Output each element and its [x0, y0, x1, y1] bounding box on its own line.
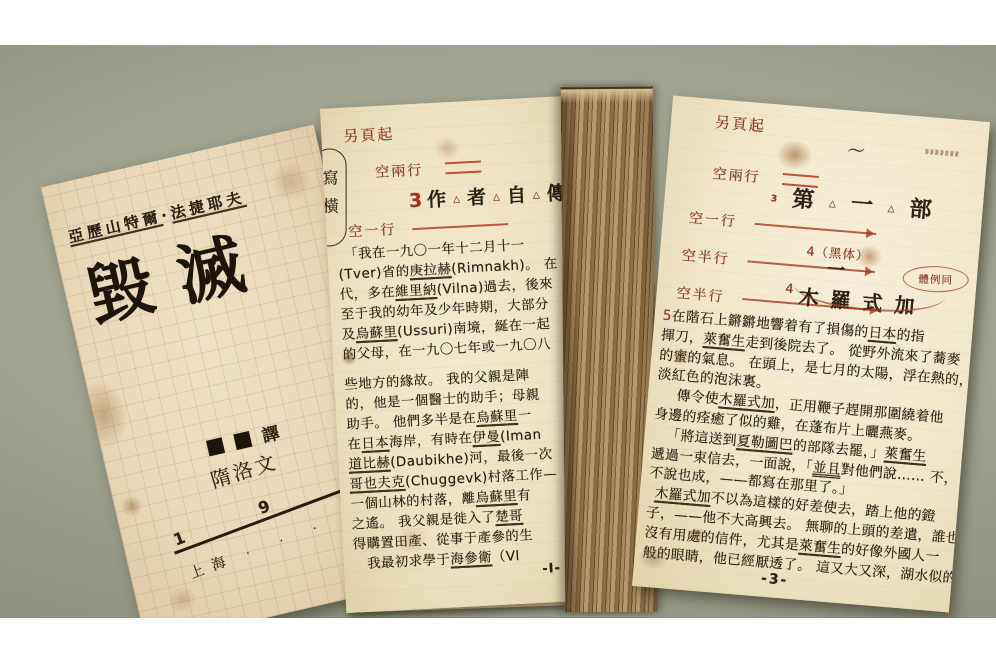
photograph-of-manuscripts: 亞歷山特爾·法捷耶夫 毀滅 譯 隋洛文 1 9 3 上海 · · · · 另頁起… — [0, 45, 996, 618]
text-segment: 一 — [517, 408, 532, 424]
red-mark-new-page: 另頁起 — [714, 111, 767, 136]
stain — [164, 583, 199, 615]
text-segment: （Vl — [492, 549, 521, 565]
stain — [267, 157, 315, 205]
stain — [434, 136, 461, 161]
part-title: 3第△一△部 — [768, 180, 946, 226]
red-mark-blank-two-lines: 空兩行 — [712, 163, 762, 187]
text-segment: 烏蘇里 — [476, 409, 518, 426]
red-rule — [412, 223, 508, 230]
text-segment: 部 — [909, 197, 946, 225]
text-segment: 日本 — [361, 436, 390, 452]
text-segment: △ — [491, 192, 507, 203]
right-page: 另頁起 〜 空兩行 3第△一△部 空一行 4（黑体） 空半行 一 空半行 4 木… — [632, 96, 990, 613]
red-mark-half-line: 空半行 — [676, 283, 726, 307]
red-arrow — [755, 223, 877, 235]
text-segment: △ — [451, 194, 467, 205]
text-segment: (Iman — [500, 428, 542, 445]
section-title: 3作△者△自△傳 — [408, 178, 571, 213]
stain — [775, 138, 813, 171]
chapter-number: 一 — [826, 255, 846, 282]
red-mark-blank-two-lines: 空兩行 — [375, 160, 424, 182]
faint-stamp — [925, 149, 959, 157]
text-segment: 哥也夫克 — [349, 475, 405, 493]
year-digit: 9 — [256, 496, 273, 518]
text-segment: △ — [885, 204, 910, 216]
red-mark-half-line: 空半行 — [681, 245, 731, 269]
translator-label: 譯 — [259, 419, 281, 447]
text-segment: 楚哥 — [495, 509, 524, 525]
text-segment: 有 — [517, 488, 532, 504]
text-segment: 道比赫 — [348, 456, 390, 473]
text-segment: 3 — [408, 189, 427, 212]
redacted-block-icon — [206, 437, 225, 456]
stain — [119, 493, 145, 519]
text-segment: 3 — [768, 194, 792, 206]
text-segment: 及 — [341, 327, 356, 343]
page-number: -3- — [760, 571, 789, 589]
red-mark-blank-one-line: 空一行 — [348, 219, 397, 241]
red-mark-new-page: 另頁起 — [343, 123, 395, 147]
ink-squiggle: 〜 — [847, 137, 866, 164]
body-paragraph: 5在階石上鏘鏘地響着有了損傷的日本的指揮刀，萊奮生走到後院去了。 從野外流來了蕎… — [642, 303, 977, 586]
body-paragraph: 些地方的緣故。 我的父親是陣的，他是一個醫士的助手；母親助手。 他們多半是在烏蘇… — [344, 363, 562, 574]
text-segment: 第 — [791, 187, 828, 215]
page-number: -I- — [542, 561, 561, 577]
text-segment: 維里納 — [395, 283, 437, 300]
red-mark-blank-one-line: 空一行 — [688, 207, 738, 231]
text-segment: 在 — [347, 437, 362, 453]
text-segment: 烏蘇里 — [475, 489, 517, 506]
text-segment: △ — [531, 190, 547, 201]
body-paragraph: 「我在一九〇一年十二月十一(Tver)省的庚拉赫(Rimnakh)。 在代，多在… — [337, 233, 562, 364]
text-segment: 庚拉赫 — [409, 262, 451, 279]
year-digit: 1 — [171, 528, 188, 550]
stain — [72, 375, 135, 454]
text-segment: 代，多在 — [339, 285, 395, 303]
text-segment: 烏蘇里 — [355, 325, 397, 342]
place-text: 上海 — [188, 551, 237, 582]
text-segment: 一 — [850, 192, 887, 220]
text-segment: 伊曼 — [472, 430, 501, 446]
text-segment: 者 — [466, 186, 491, 209]
red-double-rule — [445, 160, 482, 174]
text-segment: 自 — [506, 184, 531, 207]
text-segment: △ — [826, 199, 851, 211]
text-segment: 我最初求學于 — [367, 553, 451, 572]
redacted-block-icon — [233, 431, 252, 450]
text-segment: 作 — [427, 188, 452, 211]
middle-page: 另頁起 寫橫 空兩行 3作△者△自△傳 空一行 「我在一九〇一年十二月十一(Tv… — [320, 96, 594, 613]
red-circled-note: 體例同 — [902, 265, 969, 293]
text-segment: 海參衛 — [450, 550, 492, 567]
